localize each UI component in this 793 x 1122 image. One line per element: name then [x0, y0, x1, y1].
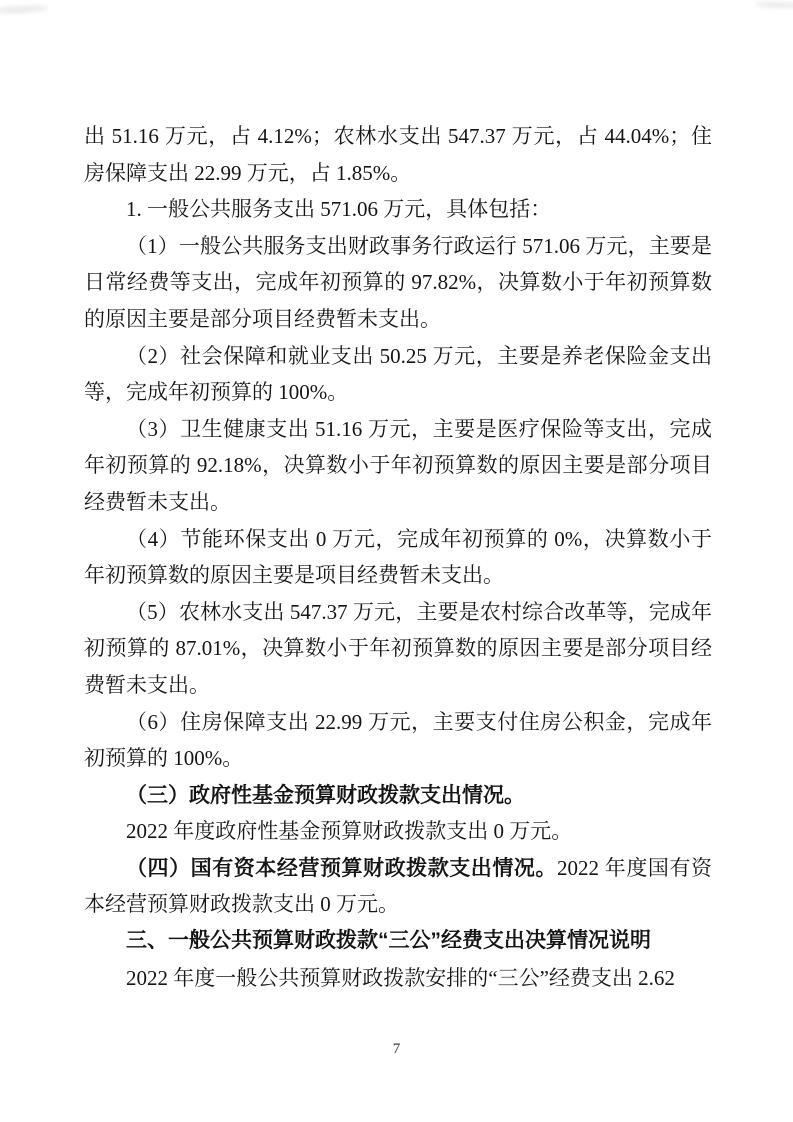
paragraph-general-public-services-total: 1. 一般公共服务支出 571.06 万元，具体包括：	[84, 191, 712, 228]
page-number: 7	[0, 1038, 793, 1060]
paragraph-expenditure-shares-continuation: 出 51.16 万元，占 4.12%；农林水支出 547.37 万元，占 44.…	[84, 118, 712, 191]
paragraph-item-5-agriculture-water: （5）农林水支出 547.37 万元，主要是农村综合改革等，完成年初预算的 87…	[84, 594, 712, 704]
paragraph-item-3-health: （3）卫生健康支出 51.16 万元，主要是医疗保险等支出，完成年初预算的 92…	[84, 411, 712, 521]
paragraph-item-2-social-security: （2）社会保障和就业支出 50.25 万元，主要是养老保险金支出等，完成年初预算…	[84, 338, 712, 411]
scan-artifact-top-right	[755, 1, 793, 9]
paragraph-three-public-expenses-intro: 2022 年度一般公共预算财政拨款安排的“三公”经费支出 2.62	[84, 960, 712, 997]
paragraph-item-1-admin-operation: （1）一般公共服务支出财政事务行政运行 571.06 万元，主要是日常经费等支出…	[84, 228, 712, 338]
scan-artifact-top-left	[0, 5, 48, 15]
paragraph-section-4-state-capital: （四）国有资本经营预算财政拨款支出情况。2022 年度国有资本经营预算财政拨款支…	[84, 850, 712, 923]
document-body: 出 51.16 万元，占 4.12%；农林水支出 547.37 万元，占 44.…	[84, 118, 712, 996]
heading-section-3-government-funds: （三）政府性基金预算财政拨款支出情况。	[84, 777, 712, 814]
paragraph-item-4-energy-conservation: （4）节能环保支出 0 万元，完成年初预算的 0%，决算数小于年初预算数的原因主…	[84, 521, 712, 594]
heading-part-3-three-public-expenses: 三、一般公共预算财政拨款“三公”经费支出决算情况说明	[84, 923, 712, 960]
heading-section-4-state-capital: （四）国有资本经营预算财政拨款支出情况。	[126, 856, 557, 880]
document-page: 出 51.16 万元，占 4.12%；农林水支出 547.37 万元，占 44.…	[0, 0, 793, 1122]
paragraph-government-funds-amount: 2022 年度政府性基金预算财政拨款支出 0 万元。	[84, 813, 712, 850]
paragraph-item-6-housing: （6）住房保障支出 22.99 万元，主要支付住房公积金，完成年初预算的 100…	[84, 704, 712, 777]
